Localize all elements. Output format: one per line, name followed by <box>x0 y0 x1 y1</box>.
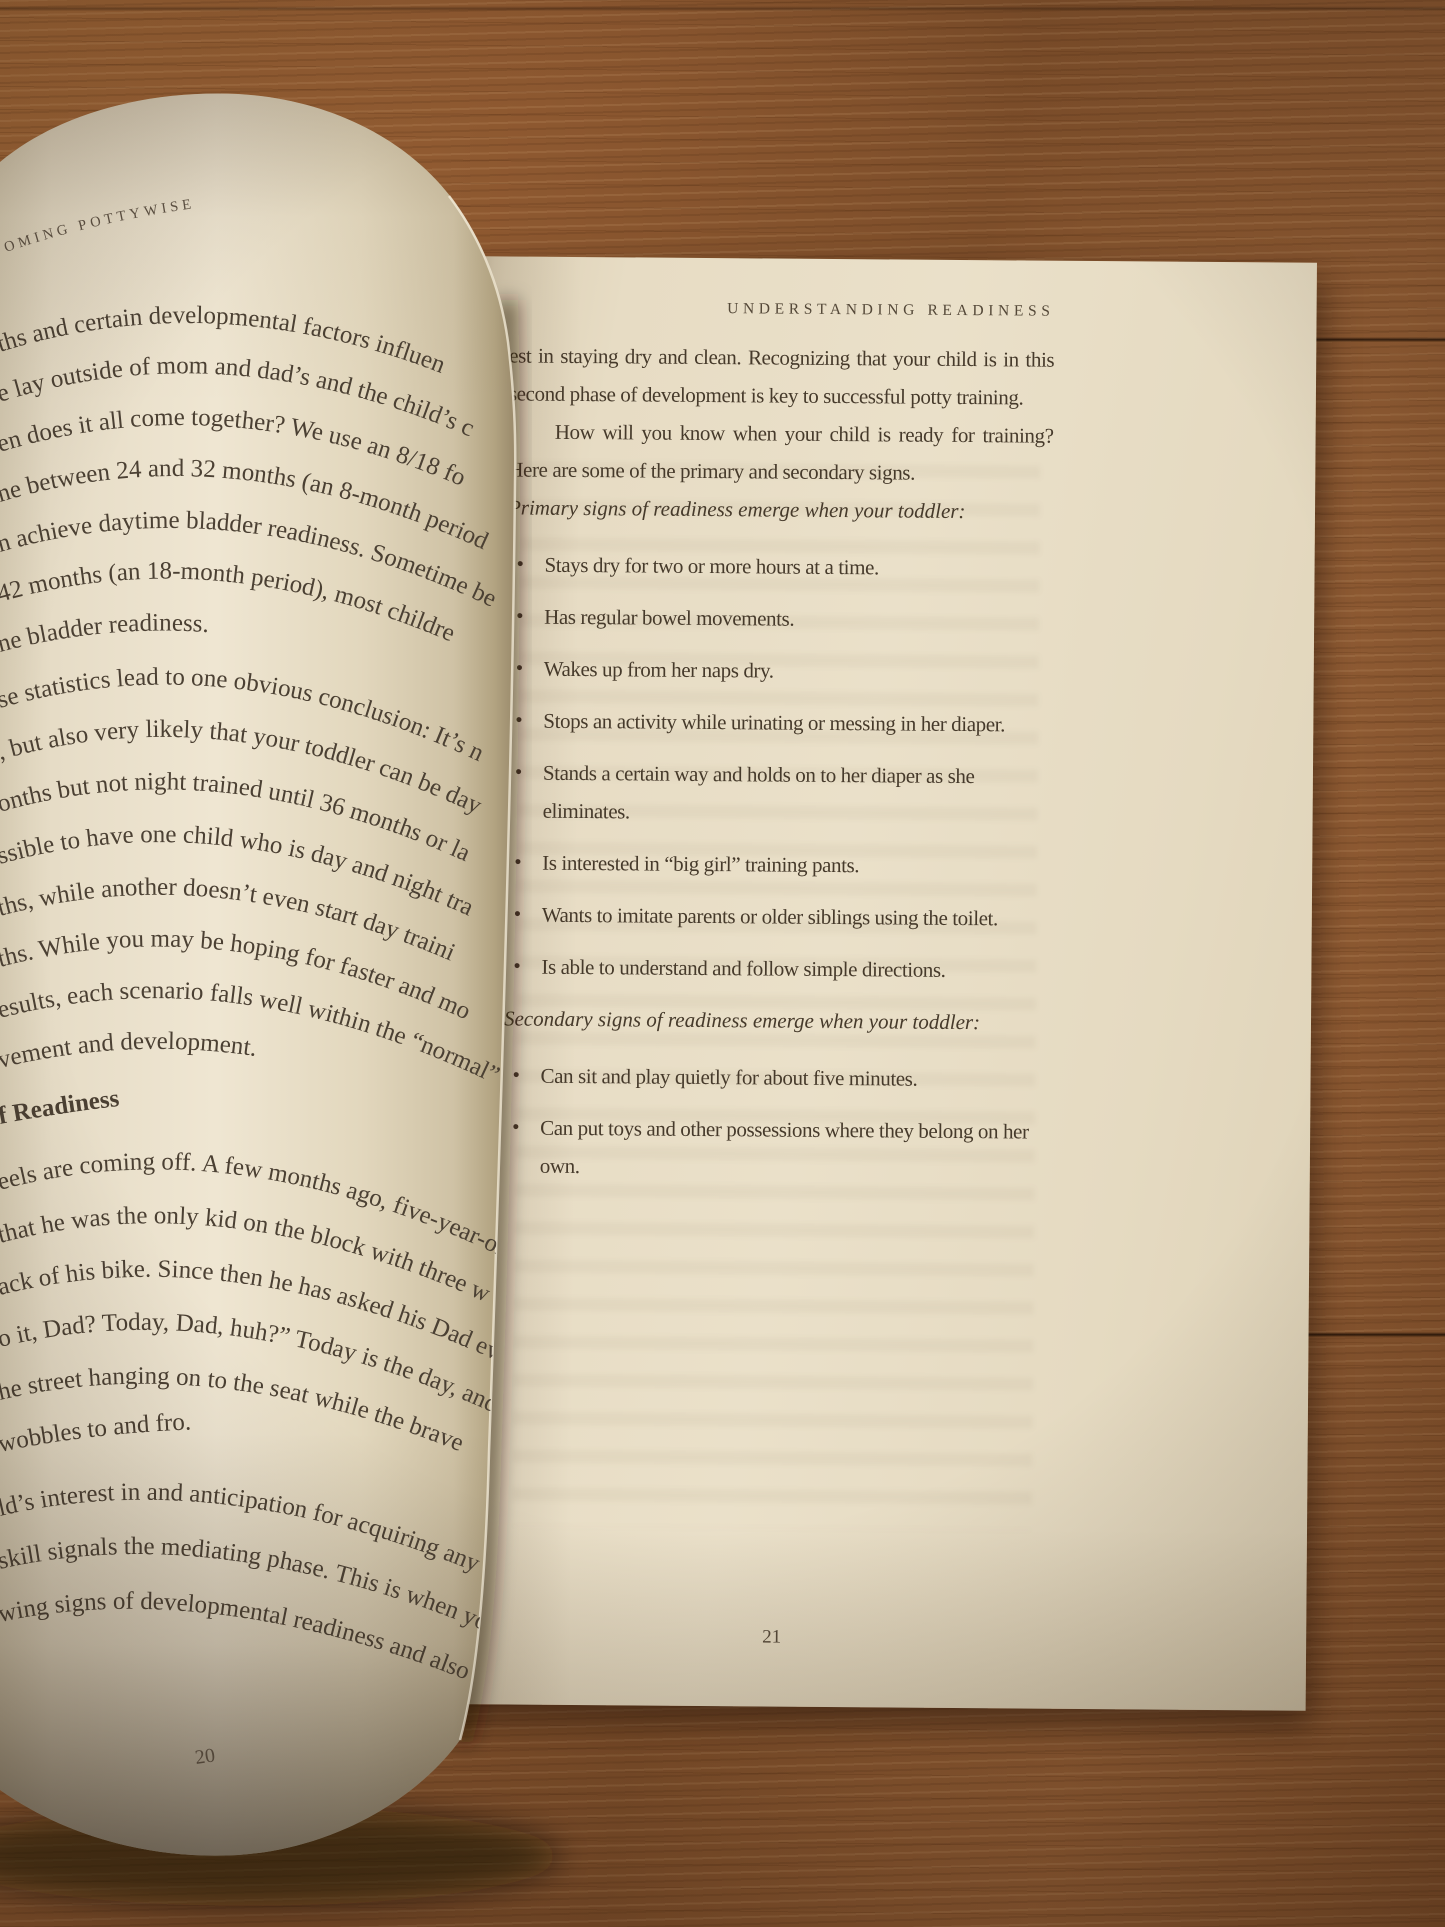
list-item-text: Can put toys and other possessions where… <box>540 1116 1029 1178</box>
list-item-text: Stops an activity while urinating or mes… <box>543 709 1005 737</box>
page-number-left: 20 <box>194 1744 217 1769</box>
list-item-text: Wants to imitate parents or older siblin… <box>542 903 998 931</box>
left-book-page: OMING POTTYWISEths and certain developme… <box>0 0 600 1927</box>
book-photo: { "glyphs": { "bullet": "•" }, "right_pa… <box>0 0 1445 1927</box>
list-item-text: Is able to understand and follow simple … <box>541 955 945 982</box>
list-item-text: Stands a certain way and holds on to her… <box>543 761 975 824</box>
